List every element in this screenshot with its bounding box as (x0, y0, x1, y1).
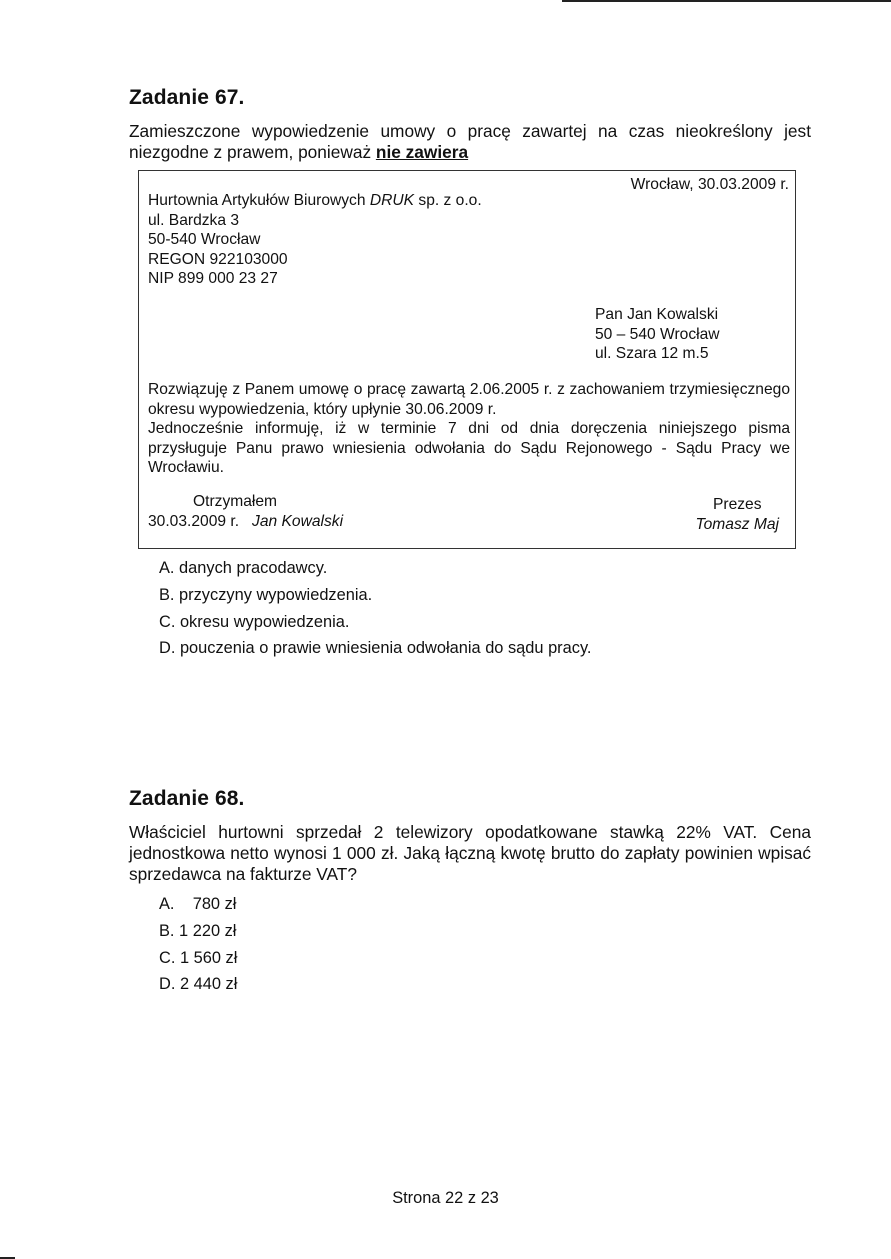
sender-company: Hurtownia Artykułów Biurowych DRUK sp. z… (148, 191, 482, 211)
answer-option-a[interactable]: A. 780 zł (159, 891, 237, 918)
signer-title: Prezes (696, 495, 779, 515)
sender-name-prefix: Hurtownia Artykułów Biurowych (148, 192, 370, 209)
received-label: Otrzymałem (148, 492, 343, 512)
recipient-street: ul. Szara 12 m.5 (595, 344, 720, 364)
received-date: 30.03.2009 r. (148, 513, 239, 530)
page-number: Strona 22 z 23 (0, 1189, 891, 1208)
answer-option-a[interactable]: A. danych pracodawcy. (159, 555, 592, 582)
answer-option-c[interactable]: C. okresu wypowiedzenia. (159, 609, 592, 636)
task-67-question-emphasis: nie zawiera (376, 142, 468, 162)
task-68-question: Właściciel hurtowni sprzedał 2 telewizor… (129, 822, 811, 885)
letter-signer: Prezes Tomasz Maj (696, 495, 779, 534)
task-67-title: Zadanie 67. (129, 86, 244, 110)
sender-nip: NIP 899 000 23 27 (148, 269, 482, 289)
scan-edge-line (562, 0, 891, 2)
task-68-title: Zadanie 68. (129, 787, 244, 811)
letter-paragraph: Jednocześnie informuję, iż w terminie 7 … (148, 419, 790, 478)
answer-option-b[interactable]: B. przyczyny wypowiedzenia. (159, 582, 592, 609)
letter-paragraph: Rozwiązuję z Panem umowę o pracę zawartą… (148, 380, 790, 419)
sender-brand: DRUK (370, 192, 414, 209)
letter-body: Rozwiązuję z Panem umowę o pracę zawartą… (148, 380, 790, 478)
receipt-confirmation: Otrzymałem 30.03.2009 r. Jan Kowalski (148, 492, 343, 531)
sender-regon: REGON 922103000 (148, 250, 482, 270)
recipient-city: 50 – 540 Wrocław (595, 325, 720, 345)
termination-letter: Wrocław, 30.03.2009 r. Hurtownia Artykuł… (138, 170, 796, 549)
answer-option-b[interactable]: B. 1 220 zł (159, 918, 237, 945)
task-67-question-text: Zamieszczone wypowiedzenie umowy o pracę… (129, 121, 811, 162)
sender-name-suffix: sp. z o.o. (414, 192, 482, 209)
signer-name: Tomasz Maj (696, 515, 779, 535)
answer-option-d[interactable]: D. pouczenia o prawie wniesienia odwołan… (159, 635, 592, 662)
sender-city: 50-540 Wrocław (148, 230, 482, 250)
task-67-question: Zamieszczone wypowiedzenie umowy o pracę… (129, 121, 811, 163)
task-68-options: A. 780 zł B. 1 220 zł C. 1 560 zł D. 2 4… (159, 891, 237, 998)
task-67-options: A. danych pracodawcy. B. przyczyny wypow… (159, 555, 592, 662)
letter-date: Wrocław, 30.03.2009 r. (631, 175, 789, 195)
letter-sender: Hurtownia Artykułów Biurowych DRUK sp. z… (148, 191, 482, 289)
recipient-name: Pan Jan Kowalski (595, 305, 720, 325)
received-signature: Jan Kowalski (252, 513, 343, 530)
letter-recipient: Pan Jan Kowalski 50 – 540 Wrocław ul. Sz… (595, 305, 720, 364)
answer-option-c[interactable]: C. 1 560 zł (159, 945, 237, 972)
answer-option-d[interactable]: D. 2 440 zł (159, 971, 237, 998)
sender-street: ul. Bardzka 3 (148, 211, 482, 231)
